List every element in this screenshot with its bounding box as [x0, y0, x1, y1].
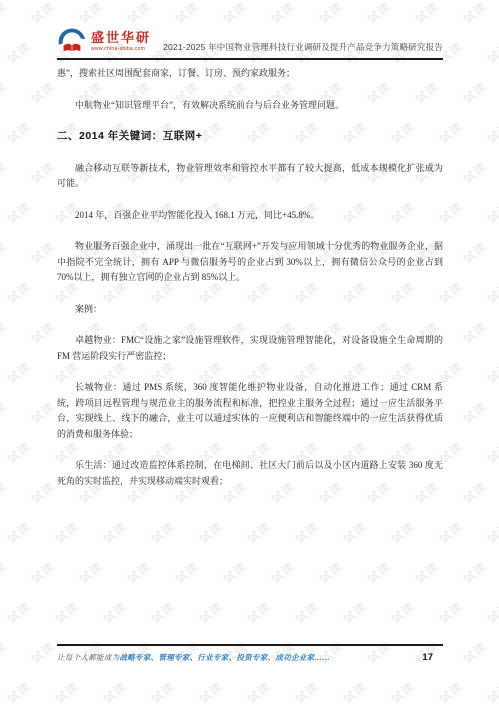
paragraph: 2014 年，百强企业平均智能化投入 168.1 万元，同比+45.8%。: [57, 208, 443, 224]
footer-row: 让每个人都能成为战略专家、管理专家、行业专家、投资专家、成功企业家…… 17: [57, 652, 433, 663]
footer-slogan-highlight: 战略专家、管理专家、行业专家、投资专家、成功企业家……: [119, 653, 330, 662]
paragraph: 案例：: [57, 302, 443, 318]
footer-divider: [57, 644, 443, 646]
footer-slogan: 让每个人都能成为战略专家、管理专家、行业专家、投资专家、成功企业家……: [57, 652, 330, 663]
document-body: 惠”，搜索社区周围配套商家，订餐、订房、预约家政服务； 中航物业“知识管理平台”…: [57, 66, 443, 489]
section-heading: 二、2014 年关键词：互联网+: [57, 129, 443, 145]
report-title: 2021-2025 年中国物业管理科技行业调研及提升产品竞争力策略研究报告: [163, 41, 443, 55]
footer-slogan-prefix: 让每个人都能成为: [57, 653, 119, 662]
paragraph: 融合移动互联等新技术，物业管理效率和管控水平都有了较大提高，低成本规模化扩张成为…: [57, 161, 443, 192]
page-footer: 让每个人都能成为战略专家、管理专家、行业专家、投资专家、成功企业家…… 17: [0, 644, 499, 663]
page-header: 盛世华研 www.china-shiba.com 2021-2025 年中国物业…: [57, 0, 443, 60]
book-swoosh-icon: [57, 27, 87, 55]
paragraph: 卓越物业：FMC“设施之家”设施管理软件，实现设施管理智能化，对设备设施全生命周…: [57, 333, 443, 364]
paragraph: 物业服务百强企业中，涌现出一批在“互联网+”开发与应用领域十分优秀的物业服务企业…: [57, 239, 443, 286]
brand-text-block: 盛世华研 www.china-shiba.com: [91, 31, 151, 52]
report-page: 盛世华研 www.china-shiba.com 2021-2025 年中国物业…: [0, 0, 499, 706]
brand-logo: 盛世华研 www.china-shiba.com: [57, 27, 151, 55]
paragraph: 长城物业：通过 PMS 系统，360 度智能化维护物业设备，自动化推进工作；通过…: [57, 380, 443, 442]
paragraph: 中航物业“知识管理平台”，有效解决系统前台与后台业务管理问题。: [57, 98, 443, 114]
paragraph: 乐生活：通过改造监控体系控制，在电梯间、社区大门前后以及小区内道路上安装 360…: [57, 458, 443, 489]
brand-name: 盛世华研: [91, 31, 151, 45]
page-number: 17: [422, 652, 433, 663]
paragraph: 惠”，搜索社区周围配套商家，订餐、订房、预约家政服务；: [57, 66, 443, 82]
brand-url: www.china-shiba.com: [91, 46, 151, 52]
